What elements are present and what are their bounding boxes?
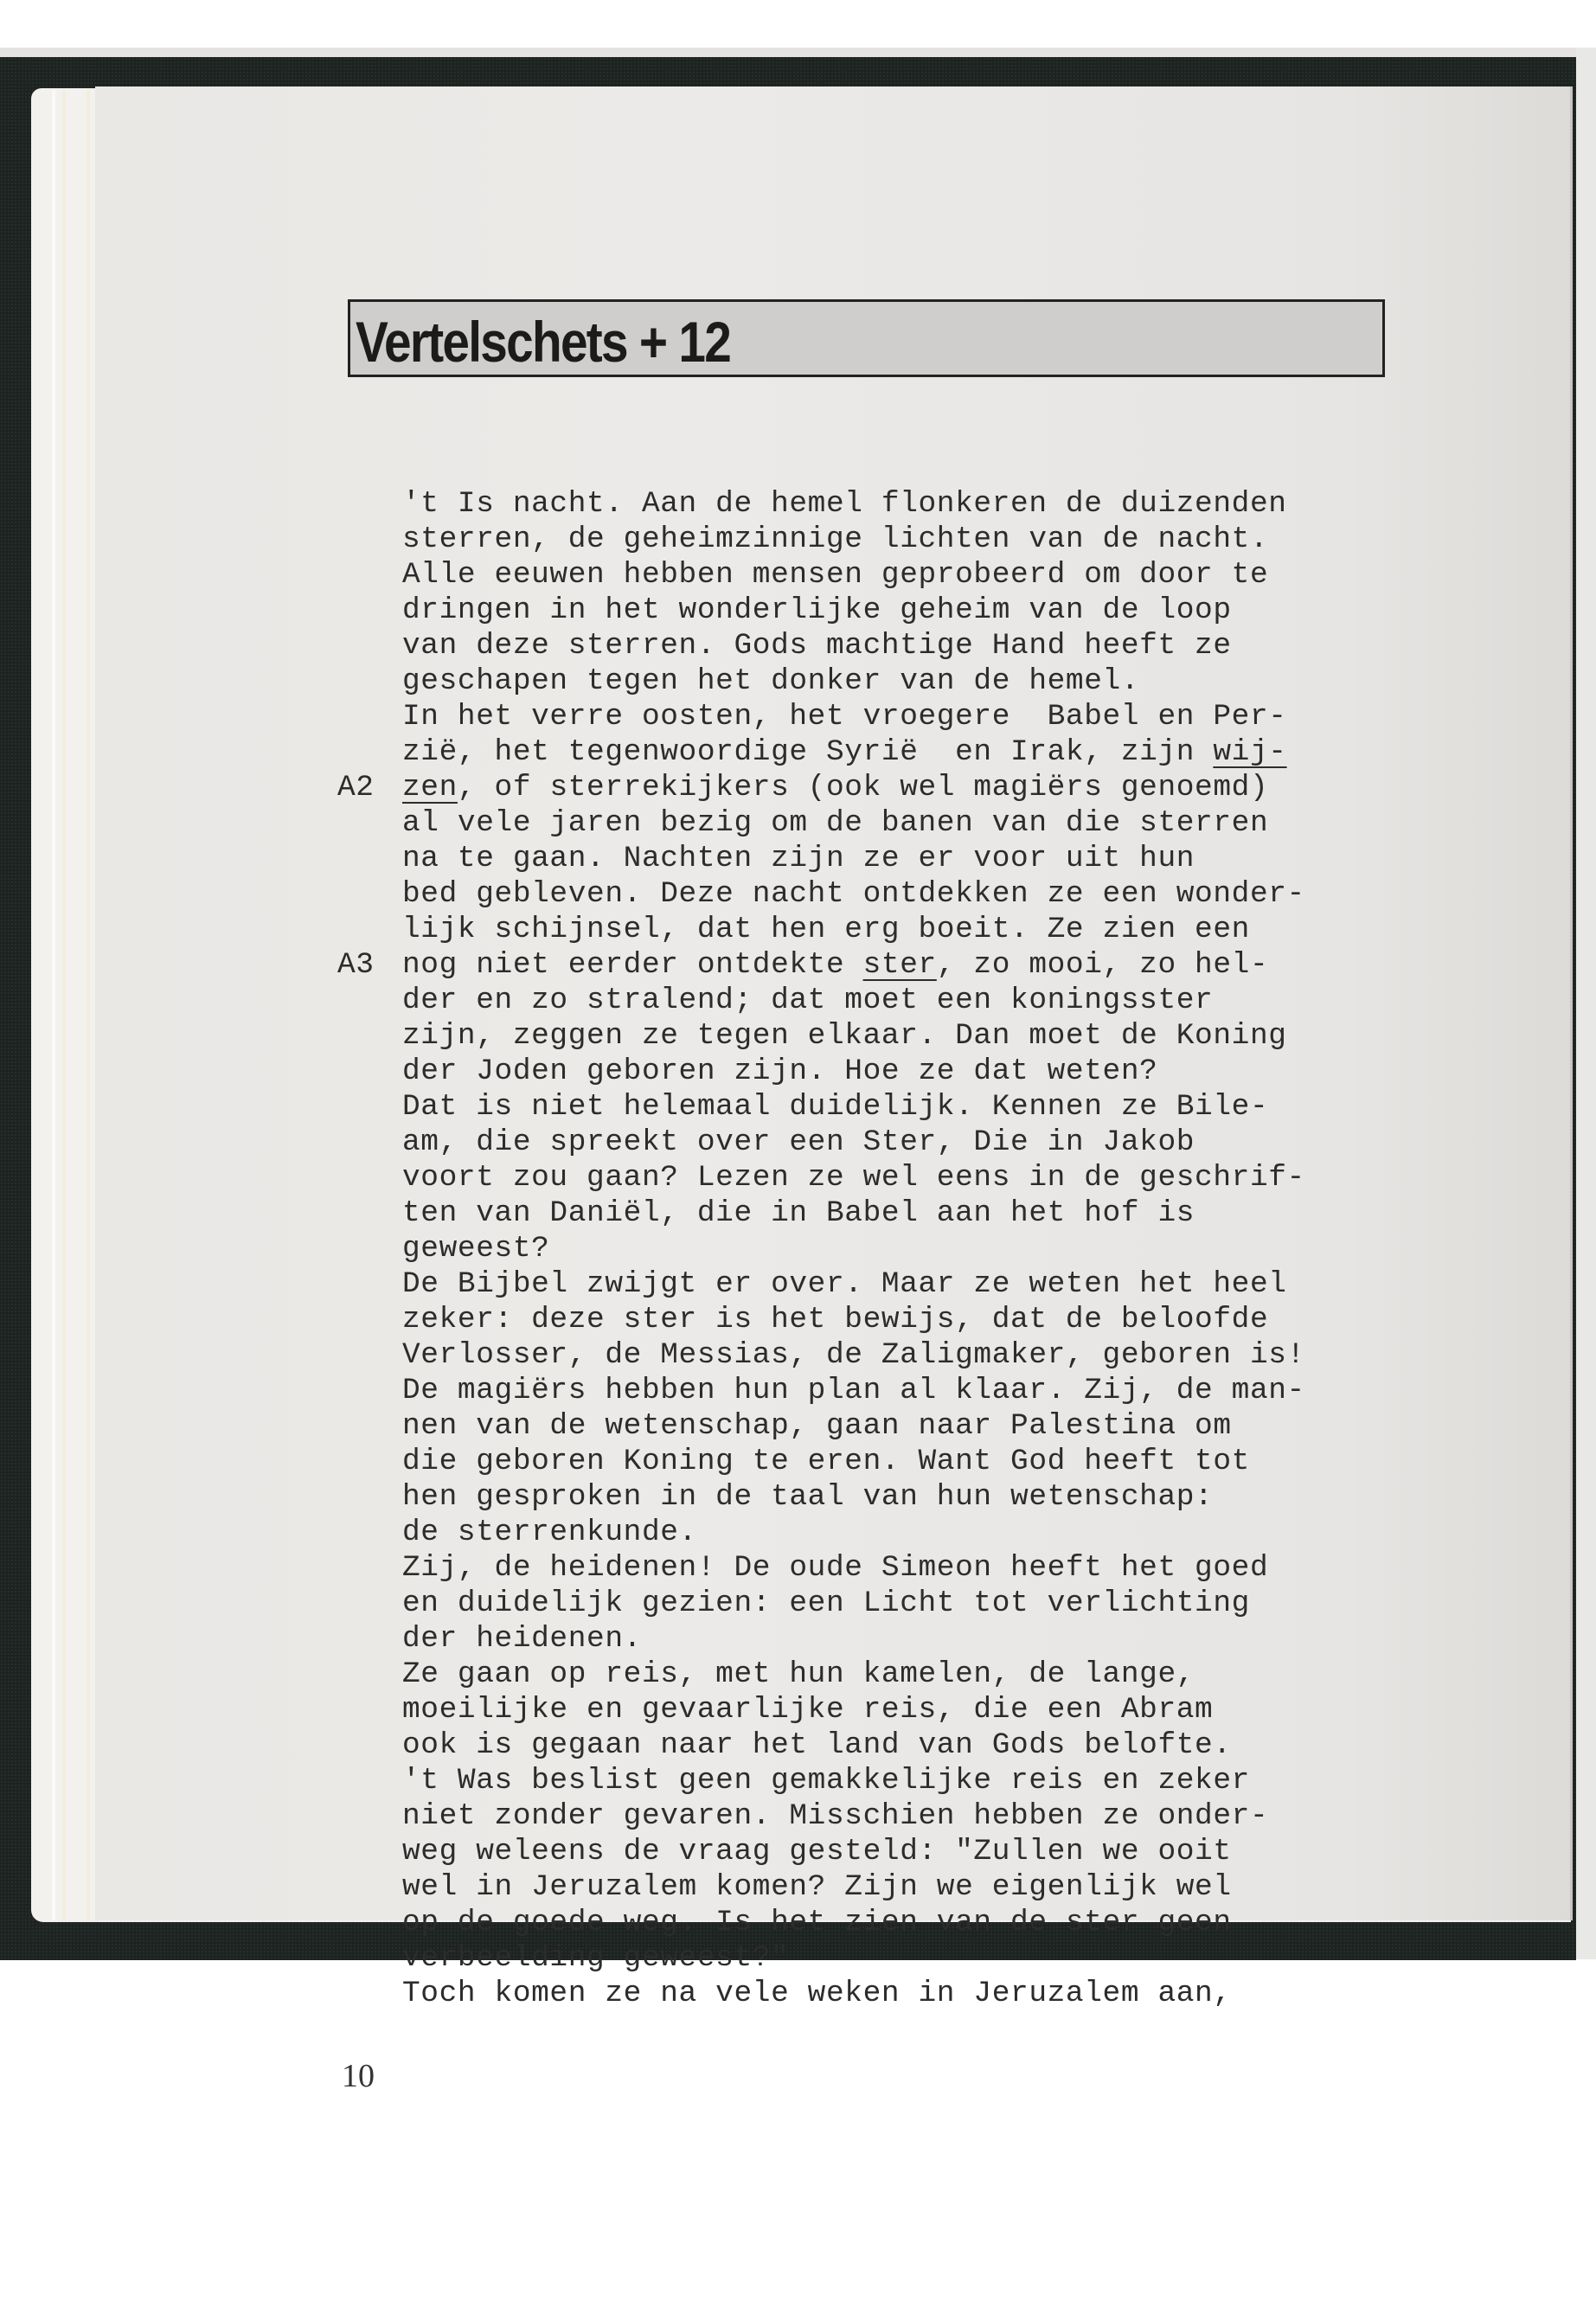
text-line: van deze sterren. Gods machtige Hand hee… bbox=[402, 628, 1305, 663]
line-text: , of sterrekijkers (ook wel magiërs geno… bbox=[458, 771, 1268, 804]
line-text: al vele jaren bezig om de banen van die … bbox=[402, 806, 1268, 840]
line-text: hen gesproken in de taal van hun wetensc… bbox=[402, 1480, 1213, 1514]
text-line: op de goede weg. Is het zien van de ster… bbox=[402, 1905, 1305, 1940]
line-text: der heidenen. bbox=[402, 1622, 642, 1656]
line-text: , zo mooi, zo hel- bbox=[937, 948, 1268, 982]
text-line: lijk schijnsel, dat hen erg boeit. Ze zi… bbox=[402, 912, 1305, 947]
text-line: hen gesproken in de taal van hun wetensc… bbox=[402, 1479, 1305, 1515]
title-box: Vertelschets + 12 bbox=[348, 299, 1385, 377]
text-line: na te gaan. Nachten zijn ze er voor uit … bbox=[402, 841, 1305, 876]
text-line: der en zo stralend; dat moet een konings… bbox=[402, 983, 1305, 1018]
underlined-term: wij- bbox=[1213, 735, 1286, 769]
line-text: Toch komen ze na vele weken in Jeruzalem… bbox=[402, 1977, 1232, 2010]
text-line: A3nog niet eerder ontdekte ster, zo mooi… bbox=[402, 947, 1305, 983]
line-text: zeker: deze ster is het bewijs, dat de b… bbox=[402, 1303, 1268, 1336]
line-text: Verlosser, de Messias, de Zaligmaker, ge… bbox=[402, 1338, 1305, 1372]
line-text: Alle eeuwen hebben mensen geprobeerd om … bbox=[402, 558, 1268, 592]
line-text: moeilijke en gevaarlijke reis, die een A… bbox=[402, 1693, 1213, 1727]
line-text: 't Was beslist geen gemakkelijke reis en… bbox=[402, 1764, 1250, 1798]
line-text: geweest? bbox=[402, 1232, 549, 1266]
text-line: De Bijbel zwijgt er over. Maar ze weten … bbox=[402, 1266, 1305, 1302]
text-line: dringen in het wonderlijke geheim van de… bbox=[402, 593, 1305, 628]
text-line: die geboren Koning te eren. Want God hee… bbox=[402, 1444, 1305, 1479]
line-text: die geboren Koning te eren. Want God hee… bbox=[402, 1445, 1250, 1478]
line-text: Zij, de heidenen! De oude Simeon heeft h… bbox=[402, 1551, 1268, 1585]
line-text: De magiërs hebben hun plan al klaar. Zij… bbox=[402, 1374, 1305, 1407]
text-line: In het verre oosten, het vroegere Babel … bbox=[402, 699, 1305, 734]
text-line: am, die spreekt over een Ster, Die in Ja… bbox=[402, 1125, 1305, 1160]
text-line: moeilijke en gevaarlijke reis, die een A… bbox=[402, 1692, 1305, 1727]
text-line: verbeelding geweest?" bbox=[402, 1940, 1305, 1976]
text-line: bed gebleven. Deze nacht ontdekken ze ee… bbox=[402, 876, 1305, 912]
line-text: de sterrenkunde. bbox=[402, 1516, 697, 1549]
text-line: Verlosser, de Messias, de Zaligmaker, ge… bbox=[402, 1337, 1305, 1373]
text-line: Ze gaan op reis, met hun kamelen, de lan… bbox=[402, 1657, 1305, 1692]
line-text: weg weleens de vraag gesteld: "Zullen we… bbox=[402, 1835, 1232, 1868]
page-edge bbox=[62, 90, 66, 1920]
text-line: 't Was beslist geen gemakkelijke reis en… bbox=[402, 1763, 1305, 1798]
scan-edge bbox=[1576, 48, 1596, 1959]
margin-reference: A3 bbox=[337, 947, 375, 983]
text-line: geweest? bbox=[402, 1231, 1305, 1266]
line-text: op de goede weg. Is het zien van de ster… bbox=[402, 1906, 1232, 1939]
text-line: A2zen, of sterrekijkers (ook wel magiërs… bbox=[402, 770, 1305, 805]
page-number: 10 bbox=[342, 2057, 375, 2095]
line-text: voort zou gaan? Lezen ze wel eens in de … bbox=[402, 1161, 1305, 1195]
text-line: de sterrenkunde. bbox=[402, 1515, 1305, 1550]
line-text: nen van de wetenschap, gaan naar Palesti… bbox=[402, 1409, 1232, 1443]
text-line: Zij, de heidenen! De oude Simeon heeft h… bbox=[402, 1550, 1305, 1586]
line-text: der Joden geboren zijn. Hoe ze dat weten… bbox=[402, 1054, 1157, 1088]
page-edge bbox=[87, 90, 90, 1920]
text-line: Dat is niet helemaal duidelijk. Kennen z… bbox=[402, 1089, 1305, 1125]
line-text: am, die spreekt over een Ster, Die in Ja… bbox=[402, 1125, 1195, 1159]
line-text: In het verre oosten, het vroegere Babel … bbox=[402, 700, 1287, 734]
text-line: zijn, zeggen ze tegen elkaar. Dan moet d… bbox=[402, 1018, 1305, 1054]
page-title: Vertelschets + 12 bbox=[356, 309, 730, 375]
line-text: Dat is niet helemaal duidelijk. Kennen z… bbox=[402, 1090, 1268, 1124]
text-line: 't Is nacht. Aan de hemel flonkeren de d… bbox=[402, 486, 1305, 522]
line-text: Ze gaan op reis, met hun kamelen, de lan… bbox=[402, 1657, 1195, 1691]
text-line: voort zou gaan? Lezen ze wel eens in de … bbox=[402, 1160, 1305, 1195]
line-text: nog niet eerder ontdekte bbox=[402, 948, 863, 982]
text-line: weg weleens de vraag gesteld: "Zullen we… bbox=[402, 1834, 1305, 1869]
text-line: zeker: deze ster is het bewijs, dat de b… bbox=[402, 1302, 1305, 1337]
line-text: ook is gegaan naar het land van Gods bel… bbox=[402, 1728, 1232, 1762]
line-text: niet zonder gevaren. Misschien hebben ze… bbox=[402, 1799, 1268, 1833]
line-text: der en zo stralend; dat moet een konings… bbox=[402, 984, 1213, 1017]
line-text: van deze sterren. Gods machtige Hand hee… bbox=[402, 629, 1232, 663]
text-line: Toch komen ze na vele weken in Jeruzalem… bbox=[402, 1976, 1305, 2011]
line-text: sterren, de geheimzinnige lichten van de… bbox=[402, 522, 1268, 556]
line-text: ten van Daniël, die in Babel aan het hof… bbox=[402, 1196, 1195, 1230]
line-text: zijn, zeggen ze tegen elkaar. Dan moet d… bbox=[402, 1019, 1287, 1053]
text-line: wel in Jeruzalem komen? Zijn we eigenlij… bbox=[402, 1869, 1305, 1905]
text-line: Alle eeuwen hebben mensen geprobeerd om … bbox=[402, 557, 1305, 593]
text-line: der heidenen. bbox=[402, 1621, 1305, 1657]
text-line: geschapen tegen het donker van de hemel. bbox=[402, 663, 1305, 699]
text-line: sterren, de geheimzinnige lichten van de… bbox=[402, 522, 1305, 557]
line-text: bed gebleven. Deze nacht ontdekken ze ee… bbox=[402, 877, 1305, 911]
text-line: ten van Daniël, die in Babel aan het hof… bbox=[402, 1195, 1305, 1231]
line-text: na te gaan. Nachten zijn ze er voor uit … bbox=[402, 842, 1195, 875]
story-text: 't Is nacht. Aan de hemel flonkeren de d… bbox=[402, 486, 1305, 2011]
page-edge bbox=[52, 90, 55, 1920]
line-text: dringen in het wonderlijke geheim van de… bbox=[402, 593, 1232, 627]
underlined-term: zen bbox=[402, 771, 458, 804]
text-line: niet zonder gevaren. Misschien hebben ze… bbox=[402, 1798, 1305, 1834]
text-line: en duidelijk gezien: een Licht tot verli… bbox=[402, 1586, 1305, 1621]
text-line: nen van de wetenschap, gaan naar Palesti… bbox=[402, 1408, 1305, 1444]
text-line: ook is gegaan naar het land van Gods bel… bbox=[402, 1727, 1305, 1763]
line-text: geschapen tegen het donker van de hemel. bbox=[402, 664, 1139, 698]
text-line: zië, het tegenwoordige Syrië en Irak, zi… bbox=[402, 734, 1305, 770]
margin-reference: A2 bbox=[337, 770, 375, 805]
line-text: De Bijbel zwijgt er over. Maar ze weten … bbox=[402, 1267, 1287, 1301]
line-text: lijk schijnsel, dat hen erg boeit. Ze zi… bbox=[402, 913, 1250, 946]
text-line: al vele jaren bezig om de banen van die … bbox=[402, 805, 1305, 841]
line-text: zië, het tegenwoordige Syrië en Irak, zi… bbox=[402, 735, 1213, 769]
line-text: wel in Jeruzalem komen? Zijn we eigenlij… bbox=[402, 1870, 1232, 1904]
line-text: en duidelijk gezien: een Licht tot verli… bbox=[402, 1586, 1250, 1620]
underlined-term: ster bbox=[863, 948, 937, 982]
text-line: De magiërs hebben hun plan al klaar. Zij… bbox=[402, 1373, 1305, 1408]
text-line: der Joden geboren zijn. Hoe ze dat weten… bbox=[402, 1054, 1305, 1089]
line-text: verbeelding geweest?" bbox=[402, 1941, 789, 1975]
line-text: 't Is nacht. Aan de hemel flonkeren de d… bbox=[402, 487, 1287, 521]
